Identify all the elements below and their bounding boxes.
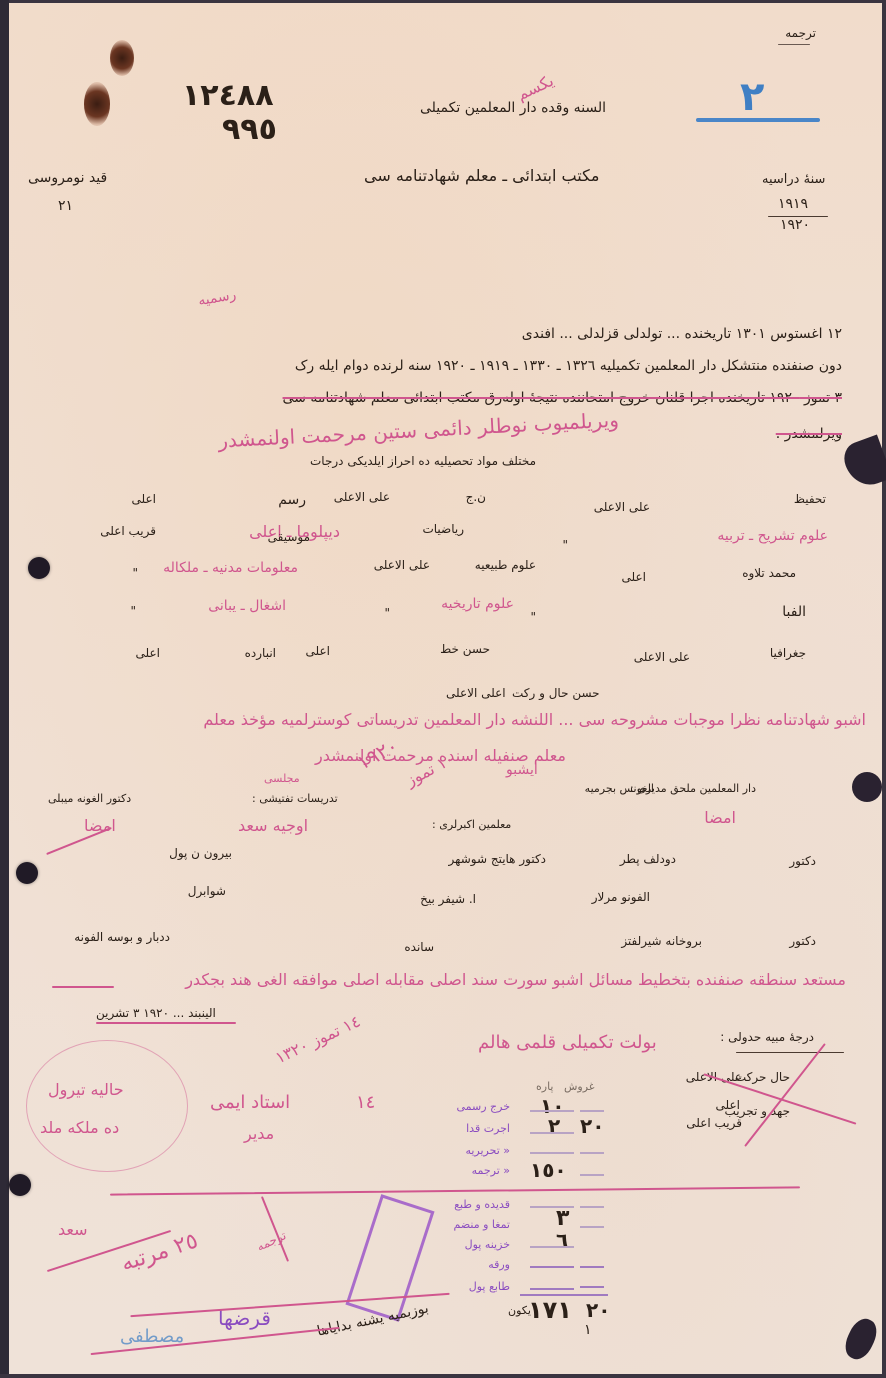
right-box-label: حال حرکت bbox=[735, 1070, 790, 1084]
right-box-value: اعلی bbox=[716, 1098, 740, 1112]
grade-value: علی الاعلی bbox=[374, 558, 430, 572]
committee-member: ا. شیفر بیخ bbox=[420, 892, 476, 906]
pink-lower-date: ١٤ تموز ١٣٢٠ bbox=[272, 1012, 363, 1068]
institution-line: السنه وقده دار المعلمین تکمیلی bbox=[420, 100, 606, 116]
committee-member: بیرون ن پول bbox=[169, 846, 232, 860]
receipt-line bbox=[530, 1152, 574, 1154]
register-label: قید نومروسی bbox=[28, 170, 107, 186]
inspector-signature: اوجیه سعد bbox=[238, 816, 308, 835]
committee-member: ددبار و بوسه الفونه bbox=[74, 930, 170, 944]
grade-value: علی الاعلی bbox=[594, 500, 650, 514]
conduct-label: حسن حال و رکت bbox=[512, 686, 600, 700]
committee-member: دودلف پطر bbox=[620, 852, 676, 866]
top-right-note: ترجمه bbox=[785, 26, 816, 40]
receipt-line bbox=[530, 1246, 574, 1248]
edge-blot bbox=[852, 772, 882, 802]
grade-subject: موسیقی bbox=[268, 530, 310, 544]
pink-correction: ویریلمیوب نوطلر دائمی ستین مرحمت اولنمشد… bbox=[218, 408, 620, 453]
receipt-label: اجرت قدا bbox=[466, 1122, 510, 1135]
pink-stroke bbox=[52, 986, 114, 988]
grade-table-title: درجهٔ مبیه حدولی : bbox=[720, 1030, 814, 1044]
page-edge-top bbox=[0, 0, 886, 3]
grade-value: اعلی bbox=[306, 644, 330, 658]
grade-subject: انبارده bbox=[245, 646, 276, 660]
pink-strike bbox=[96, 1022, 236, 1024]
receipt-line bbox=[530, 1110, 574, 1112]
committee-member: الفونو مرلار bbox=[592, 890, 650, 904]
receipt-header: غروش bbox=[564, 1080, 595, 1093]
pink-stroke bbox=[46, 827, 112, 855]
register-number: ١٢٤٨٨ bbox=[182, 78, 274, 113]
receipt-line bbox=[580, 1152, 604, 1154]
edge-blot bbox=[839, 435, 886, 492]
pink-notice: مستعد سنطقه صنفنده بتخطیط مسائل اشبو سور… bbox=[185, 970, 846, 989]
pencil-circle bbox=[26, 1040, 188, 1172]
pink-divider bbox=[110, 1186, 800, 1195]
grade-value: " bbox=[130, 604, 136, 618]
page-edge-right bbox=[882, 0, 886, 1378]
committee-title: دکتور bbox=[789, 854, 816, 868]
grade-value: " bbox=[132, 566, 138, 580]
grade-value: " bbox=[530, 610, 536, 624]
doctor-label: دکتور الغونه میبلی bbox=[48, 792, 131, 805]
punch-hole bbox=[9, 1174, 31, 1196]
blue-underline bbox=[696, 118, 820, 122]
grades-table-title: مختلف مواد تحصیلیه ده احراز ایلدیکی درجا… bbox=[310, 454, 536, 468]
edge-blot bbox=[840, 1314, 881, 1363]
grade-subject: معلومات مدنیه ـ ملکاله bbox=[163, 560, 298, 576]
grade-value: " bbox=[562, 538, 568, 552]
document-page: ترجمه ١٢٤٨٨ ٩٩٥ السنه وقده دار المعلمین … bbox=[0, 0, 886, 1378]
pink-date-year: ١٩٢٠ bbox=[353, 733, 402, 774]
burn-mark bbox=[84, 82, 110, 126]
committee-member: دکتور هایتج شوشهر bbox=[449, 852, 546, 866]
receipt-total-suffix: ٢٠ bbox=[586, 1298, 610, 1322]
receipt-total-value: ١٧١ bbox=[528, 1296, 572, 1324]
receipt-value: ٢٠ bbox=[580, 1114, 604, 1138]
grade-value: اعلی bbox=[132, 492, 156, 506]
receipt-line bbox=[530, 1132, 574, 1134]
grade-subject: ن.ج bbox=[466, 490, 486, 504]
receipt-label: ورقه bbox=[488, 1258, 510, 1271]
receipt-value: ١٥٠ bbox=[530, 1158, 567, 1182]
grade-subject: علوم طبیعیه bbox=[475, 558, 536, 572]
committee-title: دکتور bbox=[789, 934, 816, 948]
grade-subject: علوم تاریخیه bbox=[441, 596, 514, 612]
committee-member: سانده bbox=[404, 940, 434, 954]
grade-value: " bbox=[384, 606, 390, 620]
grade-subject: علوم تشریح ـ تربیه bbox=[717, 528, 828, 544]
right-box-value: قریب اعلی bbox=[686, 1116, 742, 1130]
grade-value: علی الاعلی bbox=[634, 650, 690, 664]
committee-member: شوابرل bbox=[188, 884, 226, 898]
receipt-label: تمغا و منضم bbox=[454, 1218, 510, 1231]
punch-hole bbox=[16, 862, 38, 884]
receipt-label: « تحریریه bbox=[465, 1144, 510, 1157]
pink-signature-left: سعد bbox=[58, 1220, 88, 1239]
grade-value: اعلی bbox=[622, 570, 646, 584]
pink-note-right: بولت تکمیلی قلمی هالم bbox=[478, 1032, 657, 1053]
pink-date-small: ١٤ bbox=[356, 1092, 375, 1113]
school-year-top: ١٩١٩ bbox=[778, 196, 808, 212]
receipt-total-note: ١ bbox=[584, 1322, 592, 1338]
pink-paragraph-line-1: اشبو شهادتنامه نظرا موجبات مشروحه سی ...… bbox=[203, 710, 866, 729]
director-name: الغونس بجرمیه bbox=[585, 782, 654, 795]
pink-cross bbox=[744, 1043, 826, 1147]
receipt-value: ٢ bbox=[548, 1114, 560, 1138]
school-year-bottom: ١٩٢٠ bbox=[780, 217, 810, 233]
committee-member: بروخانه شیرلفتز bbox=[621, 934, 702, 948]
receipt-line bbox=[580, 1286, 604, 1288]
pink-note-above: رسمیه bbox=[197, 287, 238, 309]
underline bbox=[736, 1052, 844, 1053]
pink-signature: استاد ایمی bbox=[210, 1092, 290, 1113]
circle-note-1: حالیه تیرول bbox=[48, 1080, 124, 1099]
receipt-line bbox=[580, 1206, 604, 1208]
receipt-label: « ترجمه bbox=[472, 1164, 510, 1177]
paragraph-line-2: دون صنفنده منتشکل دار المعلمین تکمیلیه ١… bbox=[295, 358, 842, 374]
receipt-label: قدیده و طبع bbox=[454, 1198, 510, 1211]
paragraph-line-3: ٣ تموز ١٩٢٠ تاریخنده اجرا قلنان خروج امت… bbox=[283, 390, 842, 406]
dated-note: الینبند ... ١٩٢٠ ٣ تشرین bbox=[96, 1006, 216, 1020]
grade-value: قریب اعلی bbox=[100, 524, 156, 538]
receipt-label: خرج رسمی bbox=[456, 1100, 510, 1113]
school-year-label: سنهٔ دراسیه bbox=[762, 172, 825, 187]
receipt-line bbox=[580, 1226, 604, 1228]
grade-subject: اشغال ـ یبانی bbox=[208, 598, 286, 614]
register-value: ٢١ bbox=[58, 198, 73, 214]
page-edge-bottom bbox=[0, 1374, 886, 1378]
receipt-value: ٦ bbox=[556, 1228, 568, 1252]
pink-signature-hint: ایشبو bbox=[506, 762, 538, 778]
inspector-pink-note: مجلسی bbox=[264, 772, 300, 785]
blue-mark: ٢ bbox=[740, 74, 764, 120]
grade-subject: الفبا bbox=[782, 604, 806, 620]
receipt-line bbox=[580, 1110, 604, 1112]
page-edge-left bbox=[0, 0, 9, 1378]
receipt-label: خزینه پول bbox=[465, 1238, 510, 1251]
conduct-value: اعلی الاعلی bbox=[446, 686, 506, 700]
pink-stroke bbox=[261, 1196, 289, 1262]
grade-subject: حسن خط bbox=[440, 642, 490, 656]
underline bbox=[778, 44, 810, 45]
circle-note-2: ده ملکه ملد bbox=[40, 1118, 119, 1137]
receipt-line bbox=[530, 1288, 574, 1290]
paragraph-line-1: ١٢ اغستوس ١٣٠١ تاریخنده ... تولدلی قزلدل… bbox=[522, 326, 842, 342]
receipt-header: پاره bbox=[536, 1080, 554, 1093]
receipt-label: طابع پول bbox=[469, 1280, 510, 1293]
grade-subject: رسم bbox=[278, 492, 306, 508]
grade-subject: محمد تلاوه bbox=[742, 566, 796, 580]
paragraph-line-4: ویرلمشدر . bbox=[776, 426, 842, 442]
sub-number: ٩٩٥ bbox=[222, 112, 277, 147]
director-signature: امضا bbox=[704, 808, 736, 827]
receipt-line bbox=[580, 1266, 604, 1268]
committee-label: معلمین اکبرلری : bbox=[432, 818, 511, 831]
grade-value: اعلی bbox=[136, 646, 160, 660]
grade-subject: ریاضیات bbox=[422, 522, 464, 536]
grade-subject: تحفیظ bbox=[794, 492, 826, 506]
pink-subtitle: مدیر bbox=[244, 1124, 274, 1143]
receipt-line bbox=[580, 1174, 604, 1176]
burn-mark bbox=[110, 40, 134, 76]
certificate-title: مکتب ابتدائی ـ معلم شهادتنامه سی bbox=[364, 166, 599, 185]
receipt-line bbox=[530, 1266, 574, 1268]
inspector-label: تدریسات تفتیشی : bbox=[252, 792, 338, 805]
punch-hole bbox=[28, 557, 50, 579]
grade-subject: جغرافیا bbox=[770, 646, 806, 660]
grade-value: علی الاعلی bbox=[334, 490, 390, 504]
